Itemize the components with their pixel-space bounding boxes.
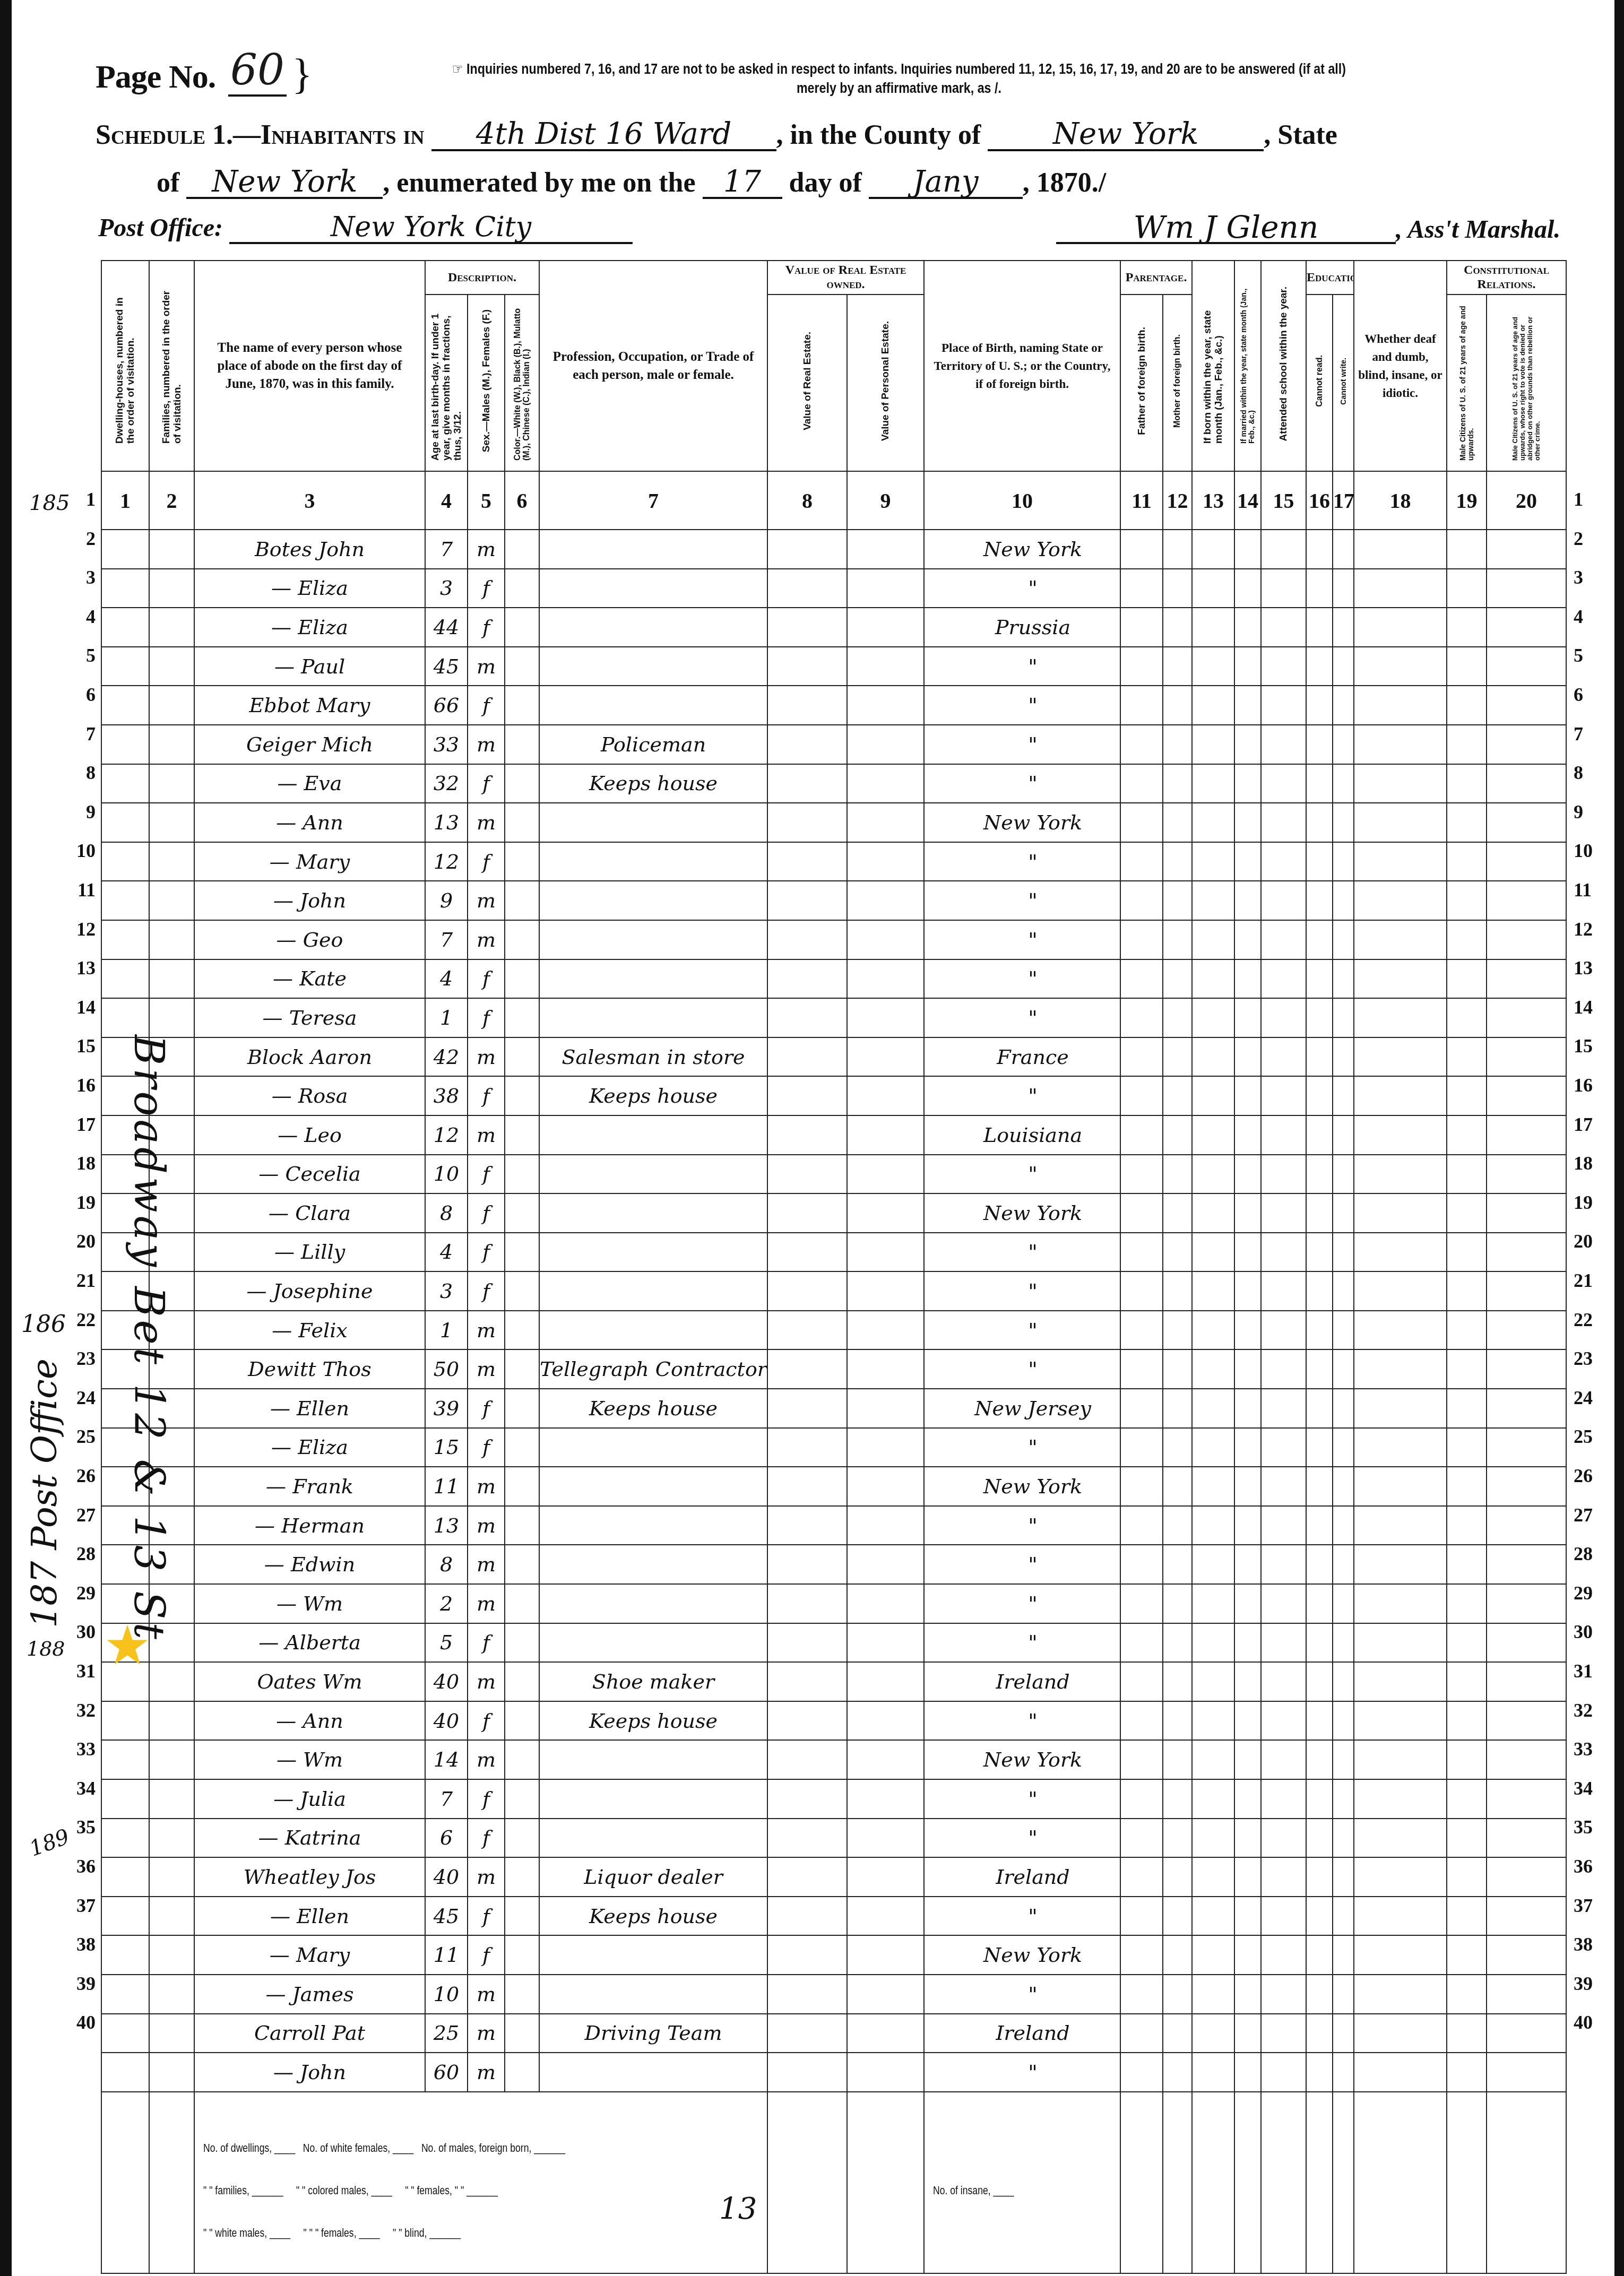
- personal-estate-cell: [847, 1975, 924, 2014]
- married-month-cell: [1234, 608, 1261, 647]
- col-3-header: The name of every person whose place of …: [194, 261, 425, 471]
- personal-estate-cell: [847, 530, 924, 569]
- line-number-right: 15: [1574, 1035, 1611, 1057]
- name-cell: — Ellen: [194, 1389, 425, 1428]
- sex-cell: m: [468, 2053, 505, 2092]
- color-cell: [505, 530, 539, 569]
- cannot-write-cell: [1333, 1623, 1354, 1663]
- real-estate-cell: [767, 1975, 847, 2014]
- sex-cell: f: [468, 1935, 505, 1975]
- family-cell: [149, 647, 194, 686]
- line-number-right: 19: [1574, 1191, 1611, 1214]
- color-cell: [505, 1271, 539, 1311]
- cannot-read-cell: [1306, 1349, 1333, 1389]
- real-estate-cell: [767, 1428, 847, 1467]
- cannot-read-cell: [1306, 1662, 1333, 1701]
- disability-cell: [1354, 2014, 1447, 2053]
- cannot-write-cell: [1333, 1155, 1354, 1194]
- married-month-cell: [1234, 1897, 1261, 1936]
- column-number-18: 18: [1354, 471, 1447, 530]
- color-cell: [505, 1115, 539, 1155]
- birthplace-cell: ": [924, 1428, 1120, 1467]
- age-cell: 40: [425, 1857, 468, 1897]
- table-row: — Julia7f": [101, 1779, 1566, 1819]
- family-cell: [149, 1662, 194, 1701]
- family-cell: [149, 1897, 194, 1936]
- father-foreign-cell: [1120, 842, 1163, 881]
- cannot-write-cell: [1333, 1349, 1354, 1389]
- sex-cell: m: [468, 1037, 505, 1077]
- father-foreign-cell: [1120, 1819, 1163, 1858]
- vote-denied-cell: [1487, 842, 1566, 881]
- cannot-read-cell: [1306, 725, 1333, 764]
- cannot-read-cell: [1306, 1779, 1333, 1819]
- personal-estate-cell: [847, 1662, 924, 1701]
- col-15-header: Attended school within the year.: [1261, 261, 1306, 471]
- disability-cell: [1354, 1623, 1447, 1663]
- mother-foreign-cell: [1163, 998, 1192, 1037]
- col-8-header: Value of Real Estate.: [767, 295, 847, 471]
- real-estate-cell: [767, 1623, 847, 1663]
- line-number-right: 30: [1574, 1621, 1611, 1643]
- married-month-cell: [1234, 569, 1261, 608]
- personal-estate-cell: [847, 1037, 924, 1077]
- name-cell: — Geo: [194, 920, 425, 959]
- cannot-write-cell: [1333, 686, 1354, 725]
- disability-cell: [1354, 569, 1447, 608]
- table-row: — Ann40fKeeps house": [101, 1701, 1566, 1741]
- real-estate-cell: [767, 608, 847, 647]
- cannot-read-cell: [1306, 1311, 1333, 1350]
- color-cell: [505, 608, 539, 647]
- father-foreign-cell: [1120, 998, 1163, 1037]
- color-cell: [505, 1311, 539, 1350]
- county-label: , in the County of: [776, 120, 981, 150]
- line-number-right: 26: [1574, 1465, 1611, 1487]
- married-month-cell: [1234, 530, 1261, 569]
- school-cell: [1261, 881, 1306, 920]
- line-number-left: 3: [58, 566, 96, 589]
- married-month-cell: [1234, 1233, 1261, 1272]
- school-cell: [1261, 1037, 1306, 1077]
- mother-foreign-cell: [1163, 1857, 1192, 1897]
- age-cell: 13: [425, 1506, 468, 1545]
- col-11-header: Father of foreign birth.: [1120, 295, 1163, 471]
- table-row: — Leo12mLouisiana: [101, 1115, 1566, 1155]
- born-month-cell: [1192, 803, 1234, 842]
- cannot-read-cell: [1306, 647, 1333, 686]
- table-row: — Frank11mNew York: [101, 1467, 1566, 1506]
- sex-cell: f: [468, 1428, 505, 1467]
- line-number-right: 21: [1574, 1269, 1611, 1292]
- born-month-cell: [1192, 1389, 1234, 1428]
- cannot-write-cell: [1333, 1779, 1354, 1819]
- father-foreign-cell: [1120, 608, 1163, 647]
- color-cell: [505, 1037, 539, 1077]
- father-foreign-cell: [1120, 1779, 1163, 1819]
- disability-cell: [1354, 1233, 1447, 1272]
- personal-estate-cell: [847, 1740, 924, 1779]
- personal-estate-cell: [847, 1701, 924, 1741]
- born-month-cell: [1192, 1897, 1234, 1936]
- birthplace-cell: ": [924, 881, 1120, 920]
- birthplace-cell: ": [924, 1506, 1120, 1545]
- color-cell: [505, 2014, 539, 2053]
- col-5-header: Sex.—Males (M.), Females (F.): [468, 295, 505, 471]
- citizen-cell: [1447, 803, 1487, 842]
- column-number-8: 8: [767, 471, 847, 530]
- line-number-left: 19: [58, 1191, 96, 1214]
- cannot-read-cell: [1306, 803, 1333, 842]
- line-number-right: 7: [1574, 723, 1611, 745]
- school-cell: [1261, 1115, 1306, 1155]
- sex-cell: m: [468, 1115, 505, 1155]
- page-number-label: Page No.: [96, 58, 215, 96]
- dwelling-note-185: 185: [29, 491, 70, 515]
- citizen-cell: [1447, 1897, 1487, 1936]
- father-foreign-cell: [1120, 1662, 1163, 1701]
- line-number-right: 27: [1574, 1504, 1611, 1526]
- mother-foreign-cell: [1163, 1467, 1192, 1506]
- vote-denied-cell: [1487, 1623, 1566, 1663]
- age-cell: 40: [425, 1701, 468, 1741]
- born-month-cell: [1192, 1740, 1234, 1779]
- vote-denied-cell: [1487, 1037, 1566, 1077]
- sex-cell: m: [468, 1467, 505, 1506]
- occupation-cell: [539, 1506, 767, 1545]
- cannot-read-cell: [1306, 1271, 1333, 1311]
- born-month-cell: [1192, 764, 1234, 803]
- family-cell: [149, 530, 194, 569]
- line-number-right: 40: [1574, 2011, 1611, 2033]
- month-field: Jany: [869, 167, 1023, 199]
- vote-denied-cell: [1487, 1545, 1566, 1584]
- color-cell: [505, 1662, 539, 1701]
- mother-foreign-cell: [1163, 764, 1192, 803]
- birthplace-cell: ": [924, 1311, 1120, 1350]
- disability-cell: [1354, 2053, 1447, 2092]
- real-estate-cell: [767, 1349, 847, 1389]
- col-10-header: Place of Birth, naming State or Territor…: [924, 261, 1120, 471]
- occupation-cell: [539, 920, 767, 959]
- married-month-cell: [1234, 1155, 1261, 1194]
- name-cell: — John: [194, 881, 425, 920]
- married-month-cell: [1234, 1076, 1261, 1115]
- sex-cell: m: [468, 1740, 505, 1779]
- line-number-right: 32: [1574, 1699, 1611, 1721]
- school-cell: [1261, 803, 1306, 842]
- married-month-cell: [1234, 842, 1261, 881]
- line-number-right: 4: [1574, 605, 1611, 628]
- sex-cell: f: [468, 1193, 505, 1233]
- father-foreign-cell: [1120, 725, 1163, 764]
- real-estate-cell: [767, 1506, 847, 1545]
- citizen-cell: [1447, 1584, 1487, 1623]
- married-month-cell: [1234, 1779, 1261, 1819]
- school-cell: [1261, 959, 1306, 999]
- cannot-read-cell: [1306, 1857, 1333, 1897]
- summary-counts: No. of dwellings, ____ No. of white fema…: [194, 2092, 767, 2273]
- sex-cell: f: [468, 959, 505, 999]
- line-number-left: 17: [58, 1113, 96, 1136]
- star-icon[interactable]: [106, 1624, 149, 1666]
- disability-cell: [1354, 1779, 1447, 1819]
- citizen-cell: [1447, 920, 1487, 959]
- citizen-cell: [1447, 1740, 1487, 1779]
- line-number-right: 20: [1574, 1230, 1611, 1252]
- notice-line-1: ☞ Inquiries numbered 7, 16, and 17 are n…: [390, 59, 1408, 79]
- born-month-cell: [1192, 959, 1234, 999]
- cannot-read-cell: [1306, 1467, 1333, 1506]
- disability-cell: [1354, 608, 1447, 647]
- born-month-cell: [1192, 1193, 1234, 1233]
- born-month-cell: [1192, 2014, 1234, 2053]
- color-cell: [505, 881, 539, 920]
- real-estate-cell: [767, 1740, 847, 1779]
- vote-denied-cell: [1487, 1193, 1566, 1233]
- summary-colored-females: " " " females,: [304, 2226, 357, 2239]
- citizen-cell: [1447, 1193, 1487, 1233]
- personal-estate-cell: [847, 959, 924, 999]
- inhabitants-in-field: 4th Dist 16 Ward: [431, 119, 776, 151]
- dwelling-cell: [101, 1740, 149, 1779]
- birthplace-cell: ": [924, 725, 1120, 764]
- father-foreign-cell: [1120, 881, 1163, 920]
- dwelling-cell: [101, 2014, 149, 2053]
- married-month-cell: [1234, 1701, 1261, 1741]
- cannot-write-cell: [1333, 1311, 1354, 1350]
- cannot-write-cell: [1333, 1271, 1354, 1311]
- family-cell: [149, 686, 194, 725]
- column-number-4: 4: [425, 471, 468, 530]
- cannot-write-cell: [1333, 959, 1354, 999]
- of-label: of: [157, 168, 179, 198]
- dwelling-cell: [101, 1975, 149, 2014]
- citizen-cell: [1447, 608, 1487, 647]
- personal-estate-cell: [847, 1779, 924, 1819]
- father-foreign-cell: [1120, 1584, 1163, 1623]
- cannot-write-cell: [1333, 1975, 1354, 2014]
- vote-denied-cell: [1487, 1389, 1566, 1428]
- mother-foreign-cell: [1163, 2014, 1192, 2053]
- color-cell: [505, 2053, 539, 2092]
- col-7-header: Profession, Occupation, or Trade of each…: [539, 261, 767, 471]
- disability-cell: [1354, 803, 1447, 842]
- birthplace-cell: ": [924, 1271, 1120, 1311]
- address-note-vertical: Broadway Bet 12 & 13 St: [125, 1035, 172, 1642]
- cannot-read-cell: [1306, 1076, 1333, 1115]
- citizen-cell: [1447, 1271, 1487, 1311]
- line-number-right: 5: [1574, 644, 1611, 667]
- family-cell: [149, 725, 194, 764]
- born-month-cell: [1192, 1076, 1234, 1115]
- age-cell: 45: [425, 647, 468, 686]
- real-estate-cell: [767, 1271, 847, 1311]
- dwelling-cell: [101, 881, 149, 920]
- column-number-3: 3: [194, 471, 425, 530]
- cannot-write-cell: [1333, 1193, 1354, 1233]
- father-foreign-cell: [1120, 1349, 1163, 1389]
- column-number-12: 12: [1163, 471, 1192, 530]
- disability-cell: [1354, 1545, 1447, 1584]
- name-cell: — Rosa: [194, 1076, 425, 1115]
- scan-border-left: [0, 0, 12, 2276]
- real-estate-cell: [767, 803, 847, 842]
- occupation-cell: [539, 1115, 767, 1155]
- disability-cell: [1354, 1311, 1447, 1350]
- father-foreign-cell: [1120, 1740, 1163, 1779]
- born-month-cell: [1192, 1037, 1234, 1077]
- sex-cell: m: [468, 725, 505, 764]
- line-number-right: 39: [1574, 1972, 1611, 1995]
- name-cell: — Frank: [194, 1467, 425, 1506]
- occupation-cell: [539, 998, 767, 1037]
- age-cell: 44: [425, 608, 468, 647]
- line-number-right: 28: [1574, 1543, 1611, 1565]
- occupation-cell: [539, 1584, 767, 1623]
- real-estate-cell: [767, 1389, 847, 1428]
- mother-foreign-cell: [1163, 920, 1192, 959]
- name-cell: — Herman: [194, 1506, 425, 1545]
- birthplace-cell: New York: [924, 1193, 1120, 1233]
- county-field: New York: [988, 119, 1264, 151]
- sex-cell: f: [468, 998, 505, 1037]
- school-cell: [1261, 998, 1306, 1037]
- family-cell: [149, 959, 194, 999]
- cannot-read-cell: [1306, 1155, 1333, 1194]
- line-number-left: 2: [58, 527, 96, 550]
- table-row: — Paul45m": [101, 647, 1566, 686]
- father-foreign-cell: [1120, 803, 1163, 842]
- born-month-cell: [1192, 1662, 1234, 1701]
- cannot-write-cell: [1333, 1819, 1354, 1858]
- table-row: — John60m": [101, 2053, 1566, 2092]
- citizen-cell: [1447, 1701, 1487, 1741]
- personal-estate-cell: [847, 1233, 924, 1272]
- married-month-cell: [1234, 1623, 1261, 1663]
- cannot-write-cell: [1333, 1897, 1354, 1936]
- family-cell: [149, 1740, 194, 1779]
- married-month-cell: [1234, 1271, 1261, 1311]
- col-18-header: Whether deaf and dumb, blind, insane, or…: [1354, 261, 1447, 471]
- scan-border-right: [1614, 0, 1624, 2276]
- column-number-19: 19: [1447, 471, 1487, 530]
- disability-cell: [1354, 1740, 1447, 1779]
- mother-foreign-cell: [1163, 1623, 1192, 1663]
- cannot-read-cell: [1306, 2053, 1333, 2092]
- column-number-17: 17: [1333, 471, 1354, 530]
- father-foreign-cell: [1120, 1975, 1163, 2014]
- table-row: Block Aaron42mSalesman in storeFrance: [101, 1037, 1566, 1077]
- mother-foreign-cell: [1163, 1779, 1192, 1819]
- summary-foreign-females: " " females, " ": [405, 2184, 464, 2197]
- father-foreign-cell: [1120, 530, 1163, 569]
- color-cell: [505, 1975, 539, 2014]
- color-cell: [505, 647, 539, 686]
- real-estate-cell: [767, 1584, 847, 1623]
- birthplace-cell: ": [924, 764, 1120, 803]
- occupation-cell: [539, 803, 767, 842]
- col-2-header: Families, numbered in the order of visit…: [149, 261, 194, 471]
- vote-denied-cell: [1487, 1857, 1566, 1897]
- name-cell: — Mary: [194, 842, 425, 881]
- married-month-cell: [1234, 1819, 1261, 1858]
- occupation-cell: [539, 1623, 767, 1663]
- cannot-write-cell: [1333, 1506, 1354, 1545]
- sex-cell: f: [468, 686, 505, 725]
- occupation-cell: [539, 1155, 767, 1194]
- color-cell: [505, 1428, 539, 1467]
- cannot-write-cell: [1333, 1115, 1354, 1155]
- table-row: Botes John7mNew York: [101, 530, 1566, 569]
- disability-cell: [1354, 764, 1447, 803]
- father-foreign-cell: [1120, 686, 1163, 725]
- age-cell: 15: [425, 1428, 468, 1467]
- cannot-read-cell: [1306, 1389, 1333, 1428]
- birthplace-cell: ": [924, 1897, 1120, 1936]
- census-table: Dwelling-houses, numbered in the order o…: [101, 260, 1567, 2274]
- married-month-cell: [1234, 1037, 1261, 1077]
- birthplace-cell: ": [924, 1819, 1120, 1858]
- line-number-right: 24: [1574, 1387, 1611, 1409]
- cannot-read-cell: [1306, 920, 1333, 959]
- color-cell: [505, 1897, 539, 1936]
- age-cell: 60: [425, 2053, 468, 2092]
- school-cell: [1261, 569, 1306, 608]
- table-row: — Eliza15f": [101, 1428, 1566, 1467]
- line-number-left: 38: [58, 1933, 96, 1955]
- family-cell: [149, 1857, 194, 1897]
- vote-denied-cell: [1487, 725, 1566, 764]
- post-office-label: Post Office:: [98, 214, 223, 242]
- summary-white-males: " " white males,: [203, 2226, 267, 2239]
- color-cell: [505, 920, 539, 959]
- cannot-read-cell: [1306, 2014, 1333, 2053]
- citizen-cell: [1447, 1349, 1487, 1389]
- born-month-cell: [1192, 1975, 1234, 2014]
- real-estate-cell: [767, 1819, 847, 1858]
- school-cell: [1261, 1506, 1306, 1545]
- real-estate-cell: [767, 1662, 847, 1701]
- sex-cell: f: [468, 569, 505, 608]
- occupation-cell: [539, 1193, 767, 1233]
- cannot-read-cell: [1306, 998, 1333, 1037]
- table-row: Wheatley Jos40mLiquor dealerIreland: [101, 1857, 1566, 1897]
- birthplace-cell: ": [924, 1545, 1120, 1584]
- citizen-cell: [1447, 764, 1487, 803]
- real-estate-cell: [767, 647, 847, 686]
- born-month-cell: [1192, 1584, 1234, 1623]
- occupation-cell: Salesman in store: [539, 1037, 767, 1077]
- color-cell: [505, 1701, 539, 1741]
- sex-cell: f: [468, 608, 505, 647]
- birthplace-cell: New York: [924, 1935, 1120, 1975]
- real-estate-cell: [767, 1935, 847, 1975]
- personal-estate-cell: [847, 803, 924, 842]
- header-group-row: Dwelling-houses, numbered in the order o…: [101, 261, 1566, 295]
- personal-estate-cell: [847, 569, 924, 608]
- real-estate-cell: [767, 959, 847, 999]
- real-estate-cell: [767, 2053, 847, 2092]
- disability-cell: [1354, 1467, 1447, 1506]
- age-cell: 7: [425, 1779, 468, 1819]
- schedule-label: Schedule 1.—Inhabitants in: [96, 120, 425, 150]
- mother-foreign-cell: [1163, 1975, 1192, 2014]
- occupation-cell: [539, 608, 767, 647]
- color-cell: [505, 842, 539, 881]
- brace: }: [292, 50, 312, 99]
- disability-cell: [1354, 842, 1447, 881]
